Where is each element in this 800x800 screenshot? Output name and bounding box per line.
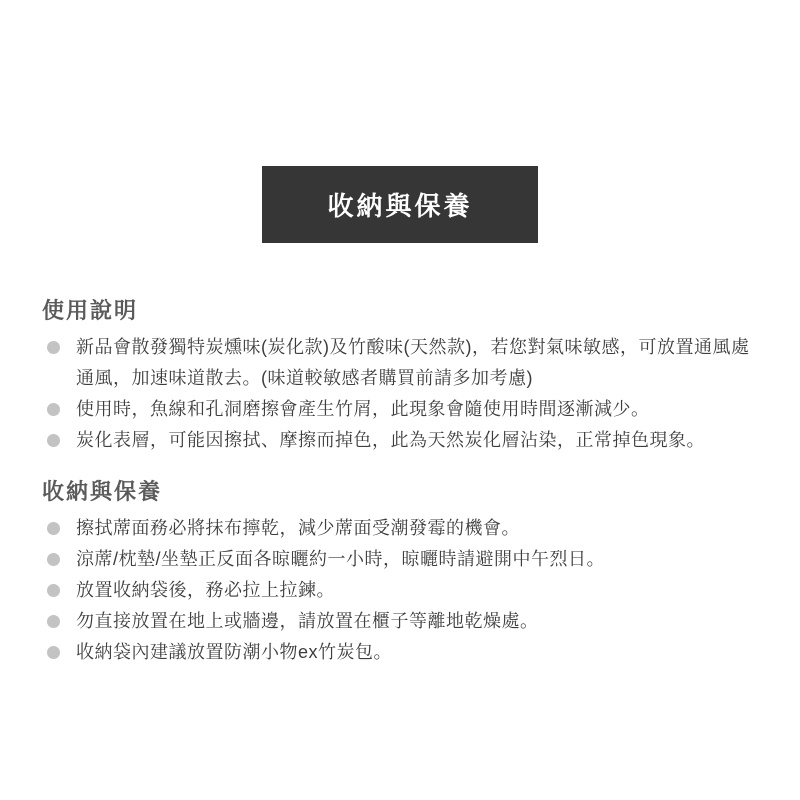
banner-title: 收納與保養 — [327, 186, 472, 223]
bullet-dot-icon — [47, 584, 60, 597]
list-item-text: 勿直接放置在地上或牆邊，請放置在櫃子等離地乾燥處。 — [76, 606, 539, 637]
list-item-text: 收納袋內建議放置防潮小物ex竹炭包。 — [76, 637, 392, 668]
list-item: 炭化表層，可能因擦拭、摩擦而掉色，此為天然炭化層沾染，正常掉色現象。 — [42, 425, 760, 456]
content-area: 使用說明 新品會散發獨特炭燻味(炭化款)及竹酸味(天然款)，若您對氣味敏感，可放… — [0, 295, 800, 668]
list-item-text: 擦拭蓆面務必將抹布擰乾，減少蓆面受潮發霉的機會。 — [76, 513, 520, 544]
care-section: 使用說明 新品會散發獨特炭燻味(炭化款)及竹酸味(天然款)，若您對氣味敏感，可放… — [42, 295, 760, 456]
list-item-text: 使用時，魚線和孔洞磨擦會產生竹屑，此現象會隨使用時間逐漸減少。 — [76, 394, 650, 425]
list-item: 新品會散發獨特炭燻味(炭化款)及竹酸味(天然款)，若您對氣味敏感，可放置通風處通… — [42, 332, 760, 394]
bullet-dot-icon — [47, 403, 60, 416]
list-item-text: 炭化表層，可能因擦拭、摩擦而掉色，此為天然炭化層沾染，正常掉色現象。 — [76, 425, 705, 456]
list-item-text: 新品會散發獨特炭燻味(炭化款)及竹酸味(天然款)，若您對氣味敏感，可放置通風處通… — [76, 332, 760, 394]
list-item: 收納袋內建議放置防潮小物ex竹炭包。 — [42, 637, 760, 668]
bullet-dot-icon — [47, 615, 60, 628]
list-item: 使用時，魚線和孔洞磨擦會產生竹屑，此現象會隨使用時間逐漸減少。 — [42, 394, 760, 425]
bullet-list: 新品會散發獨特炭燻味(炭化款)及竹酸味(天然款)，若您對氣味敏感，可放置通風處通… — [42, 332, 760, 456]
bullet-dot-icon — [47, 341, 60, 354]
bullet-dot-icon — [47, 434, 60, 447]
bullet-dot-icon — [47, 646, 60, 659]
section-banner: 收納與保養 — [262, 166, 538, 243]
section-heading: 使用說明 — [42, 295, 760, 326]
bullet-dot-icon — [47, 522, 60, 535]
product-care-page: 收納與保養 使用說明 新品會散發獨特炭燻味(炭化款)及竹酸味(天然款)，若您對氣… — [0, 166, 800, 668]
list-item: 擦拭蓆面務必將抹布擰乾，減少蓆面受潮發霉的機會。 — [42, 513, 760, 544]
bullet-list: 擦拭蓆面務必將抹布擰乾，減少蓆面受潮發霉的機會。 涼蓆/枕墊/坐墊正反面各晾曬約… — [42, 513, 760, 668]
list-item-text: 放置收納袋後，務必拉上拉鍊。 — [76, 575, 335, 606]
list-item: 勿直接放置在地上或牆邊，請放置在櫃子等離地乾燥處。 — [42, 606, 760, 637]
section-heading: 收納與保養 — [42, 476, 760, 507]
bullet-dot-icon — [47, 553, 60, 566]
list-item-text: 涼蓆/枕墊/坐墊正反面各晾曬約一小時，晾曬時請避開中午烈日。 — [76, 544, 605, 575]
list-item: 放置收納袋後，務必拉上拉鍊。 — [42, 575, 760, 606]
care-section: 收納與保養 擦拭蓆面務必將抹布擰乾，減少蓆面受潮發霉的機會。 涼蓆/枕墊/坐墊正… — [42, 476, 760, 668]
list-item: 涼蓆/枕墊/坐墊正反面各晾曬約一小時，晾曬時請避開中午烈日。 — [42, 544, 760, 575]
